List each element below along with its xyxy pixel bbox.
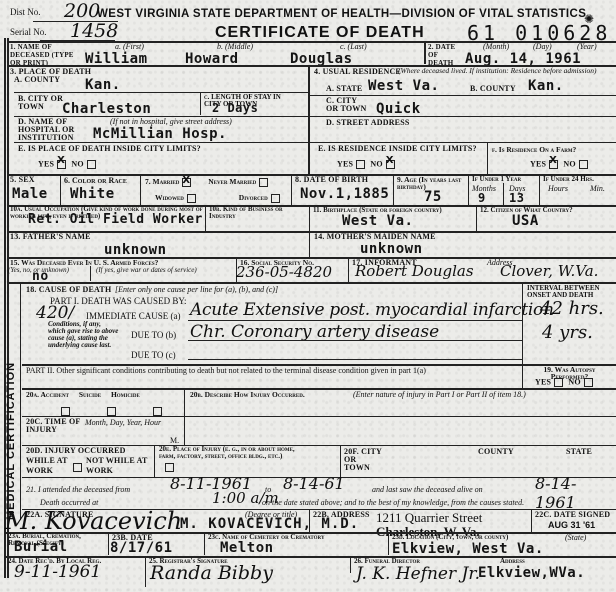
race-label: 6. Color or Race xyxy=(64,176,127,185)
rule xyxy=(8,41,616,43)
days: 13 xyxy=(509,191,524,205)
date-signed-label: 22c. DATE SIGNED xyxy=(535,511,610,519)
injury-type-label: 20a. xyxy=(26,390,39,399)
rule xyxy=(140,175,141,205)
res-city-label: c. CITY OR TOWN xyxy=(326,97,371,113)
rule xyxy=(350,557,351,573)
serial-no: 1458 xyxy=(70,20,118,42)
never-married-checkbox[interactable] xyxy=(259,178,268,187)
describe-injury-hint: (Enter nature of injury in Part I or Par… xyxy=(353,390,526,399)
hospital-label: d. NAME OF HOSPITAL OR INSTITUTION xyxy=(18,118,98,142)
date-of-birth: Nov.1,1885 xyxy=(300,186,389,202)
res-county-label: b. COUNTY xyxy=(470,85,516,93)
hospital: McMillian Hosp. xyxy=(93,126,227,142)
date-received: 9-11-1961 xyxy=(14,562,101,582)
not-while-at-work-label: NOT WHILE AT WORK xyxy=(86,456,148,476)
rule xyxy=(476,206,477,231)
rule xyxy=(424,42,426,64)
informant-address: Clover, W.Va. xyxy=(500,262,598,280)
dob-label: 8. DATE OF BIRTH xyxy=(295,176,368,184)
due-to-b: Chr. Coronary artery disease xyxy=(190,322,439,342)
rule xyxy=(8,231,616,233)
yes-checkbox[interactable] xyxy=(554,378,563,387)
attended-label: 21. I attended the deceased from xyxy=(26,485,130,494)
rule xyxy=(20,283,21,520)
accident-checkbox[interactable] xyxy=(61,407,70,416)
not-while-at-work-checkbox[interactable] xyxy=(165,463,174,472)
marital-options-2: Widowed Divorced xyxy=(155,193,283,203)
father-label: 13. FATHER'S NAME xyxy=(10,233,91,241)
burial-date: 8/17/61 xyxy=(110,540,173,556)
rule xyxy=(309,232,310,257)
rule xyxy=(14,142,308,143)
pod-city-limits-label: e. IS PLACE OF DEATH INSIDE CITY LIMITS? xyxy=(18,145,201,153)
rule xyxy=(291,175,292,205)
res-county: Kan. xyxy=(528,78,564,94)
interval-b: 4 yrs. xyxy=(542,322,593,343)
no-checkbox[interactable] xyxy=(584,378,593,387)
yes-checkbox[interactable] xyxy=(356,160,365,169)
am-pm-label: M. xyxy=(170,436,179,445)
name-label: 1. NAME OF DECEASED (Type or print) xyxy=(10,43,82,67)
rule xyxy=(531,510,532,532)
occupation: Ret. Oil Field Worker xyxy=(28,212,203,227)
birthplace: West Va. xyxy=(342,213,413,229)
marital-options: 7. Married Never Married xyxy=(145,177,271,187)
months: 9 xyxy=(478,191,486,205)
funeral-address-label: Address xyxy=(500,557,525,565)
injury-state-label: STATE xyxy=(566,448,592,456)
rule xyxy=(310,116,616,117)
death-certificate: Dist No. 200 Serial No. 1458 WEST VIRGIN… xyxy=(0,0,616,592)
residence-hint: (Where deceased lived. If institution: R… xyxy=(398,67,613,75)
yes-label: YES xyxy=(337,159,353,168)
funeral-director-signature: J. K. Hefner Jr. xyxy=(356,564,480,584)
rule xyxy=(188,359,522,360)
accident-label: Accident xyxy=(40,390,68,399)
street-label: d. STREET ADDRESS xyxy=(326,119,410,127)
rule xyxy=(388,533,389,555)
age-label: 9. Age (In years last birthday) xyxy=(397,176,465,190)
under-24-hrs-label: If Under 24 Hrs. xyxy=(543,175,594,183)
yes-checkbox[interactable] xyxy=(57,160,66,169)
married-label: 7. Married xyxy=(145,177,179,186)
physician-address-label: 22b. ADDRESS xyxy=(313,511,370,519)
sex-label: 5. SEX xyxy=(10,176,35,184)
social-security-number: 236-05-4820 xyxy=(236,263,332,281)
pod-county-label: a. COUNTY xyxy=(14,76,60,84)
rule xyxy=(487,143,488,174)
rule xyxy=(340,446,341,477)
mother-label: 14. MOTHER'S MAIDEN NAME xyxy=(314,233,436,241)
rule xyxy=(22,416,616,417)
rule xyxy=(309,510,310,532)
attended-to: 8-14-61 xyxy=(283,474,345,493)
farm-options: YES NO xyxy=(530,160,591,169)
rule xyxy=(108,533,109,555)
res-city-limits-options: YES NO xyxy=(337,160,398,169)
dist-no-label: Dist No. xyxy=(10,7,41,17)
rule xyxy=(184,417,185,445)
res-city-limits-label: e. IS RESIDENCE INSIDE CITY LIMITS? xyxy=(318,145,477,153)
rule xyxy=(188,340,522,341)
no-label: NO xyxy=(568,377,580,386)
informant-name: Robert Douglas xyxy=(355,262,474,280)
year-label: (Year) xyxy=(577,42,597,51)
rule xyxy=(310,142,616,143)
rule xyxy=(308,66,310,174)
rule xyxy=(200,93,201,115)
hours-label: Hours xyxy=(548,184,568,193)
rule xyxy=(205,206,206,231)
citizen: USA xyxy=(512,213,539,229)
widowed-checkbox[interactable] xyxy=(187,194,196,203)
rule xyxy=(60,175,61,205)
rule xyxy=(309,206,310,231)
military-hint-2: (If yes, give war or dates of service) xyxy=(96,266,197,274)
no-label: NO xyxy=(71,159,83,168)
date-of-death-label: 2. DATE OF DEATH xyxy=(428,43,462,67)
married-checkbox[interactable] xyxy=(182,178,191,187)
no-label: NO xyxy=(563,159,575,168)
under-1-year-label: If Under 1 Year xyxy=(472,175,521,183)
describe-injury-label: 20b. Describe How Injury Occurred. xyxy=(190,390,305,399)
no-checkbox[interactable] xyxy=(87,160,96,169)
rule xyxy=(348,258,349,282)
divorced-label: Divorced xyxy=(239,193,268,202)
date-signed: AUG 31 '61 xyxy=(548,520,595,530)
last-seen-alive: 8-14-1961 xyxy=(535,474,616,512)
name-label-text: 1. NAME OF DECEASED (Type or print) xyxy=(10,43,74,67)
injury-type-row: 20a. Accident Suicide Homicide xyxy=(26,390,140,399)
cause-label: 18. CAUSE OF DEATH xyxy=(26,286,111,294)
pod-city-label: b. CITY OR TOWN xyxy=(18,95,68,111)
rule xyxy=(468,175,469,205)
cause-hint: [Enter only one cause per line for (a), … xyxy=(115,285,278,294)
injury-county-label: COUNTY xyxy=(478,448,514,456)
funeral-address: Elkview,WVa. xyxy=(478,565,585,581)
certificate-title: CERTIFICATE OF DEATH xyxy=(215,24,425,42)
widowed-label: Widowed xyxy=(155,193,184,202)
rule xyxy=(539,175,540,205)
no-checkbox[interactable] xyxy=(386,160,395,169)
burial-location: Elkview, West Va. xyxy=(392,541,544,557)
day-label: (Day) xyxy=(533,42,552,51)
time-of-injury-hint: Month, Day, Year, Hour xyxy=(85,418,161,427)
res-city: Quick xyxy=(376,101,421,117)
divorced-checkbox[interactable] xyxy=(271,194,280,203)
autopsy-options: YES NO xyxy=(535,378,596,387)
sex: Male xyxy=(12,186,48,202)
homicide-label: Homicide xyxy=(111,390,140,399)
homicide-checkbox[interactable] xyxy=(153,407,162,416)
time-of-injury-label: 20c. TIME OF INJURY xyxy=(26,418,81,434)
immediate-cause: Acute Extensive post. myocardial infarct… xyxy=(190,300,554,320)
residence-label: 4. USUAL RESIDENCE xyxy=(314,68,401,76)
first-label: a. (First) xyxy=(115,42,144,51)
serial-no-label: Serial No. xyxy=(10,27,47,37)
race: White xyxy=(70,186,115,202)
interval-label: INTERVAL BETWEEN ONSET AND DEATH xyxy=(527,285,612,299)
age: 75 xyxy=(424,189,442,205)
business-label: 10b. Kind of Business or Industry xyxy=(209,206,304,220)
yes-label: YES xyxy=(530,159,546,168)
middle-label: b. (Middle) xyxy=(217,42,253,51)
interval-a: 42 hrs. xyxy=(540,298,604,319)
location-state-hint: (State) xyxy=(565,533,586,542)
res-state-label: a. STATE xyxy=(326,85,362,93)
pod-city: Charleston xyxy=(62,101,151,117)
due-to-b-label: DUE TO (b) xyxy=(131,330,176,340)
death-occurred-label: Death occurred at xyxy=(40,498,98,507)
medical-certification-label: MEDICAL CERTIFICATION xyxy=(5,362,17,520)
suicide-label: Suicide xyxy=(79,390,101,399)
farm-label: f. Is Residence On a Farm? xyxy=(492,145,576,154)
mother-name: unknown xyxy=(360,241,423,257)
rule xyxy=(503,183,504,205)
suicide-checkbox[interactable] xyxy=(107,407,116,416)
rule xyxy=(204,533,205,555)
rule xyxy=(90,266,91,281)
no-checkbox[interactable] xyxy=(579,160,588,169)
yes-label: YES xyxy=(535,377,551,386)
res-state: West Va. xyxy=(368,78,439,94)
burial-type: Burial xyxy=(14,539,68,555)
due-to-c-label: DUE TO (c) xyxy=(131,350,176,360)
location-label: 23d. Location (City, town, or county) xyxy=(392,533,508,541)
yes-checkbox[interactable] xyxy=(549,160,558,169)
place-of-injury-label: 20e. Place of Injury (e. g., in or about… xyxy=(159,446,309,460)
physician-signature: M. Kovacevich xyxy=(5,507,182,535)
department-header: WEST VIRGINIA STATE DEPARTMENT OF HEALTH… xyxy=(97,8,586,20)
rule xyxy=(522,283,523,388)
last-seen-label: and last saw the deceased alive on xyxy=(372,485,483,494)
rule xyxy=(8,282,616,284)
never-married-label: Never Married xyxy=(208,177,256,186)
father-name: unknown xyxy=(104,242,167,258)
death-occurred-statement: on the date stated above; and to the bes… xyxy=(262,498,524,507)
hospital-hint: (If not in hospital, give street address… xyxy=(110,117,232,126)
rule xyxy=(188,320,522,321)
min-label: Min. xyxy=(590,184,605,193)
pod-county: Kan. xyxy=(85,77,121,93)
seal-icon: ✺ xyxy=(584,12,594,27)
dist-no: 200 xyxy=(64,0,100,22)
injury-city-label: 20f. CITY OR TOWN xyxy=(344,448,384,472)
injury-occurred-label: 20d. INJURY OCCURRED xyxy=(26,447,126,455)
registrar-signature: Randa Bibby xyxy=(150,562,273,584)
while-at-work-checkbox[interactable] xyxy=(73,463,82,472)
no-label: NO xyxy=(370,159,382,168)
pod-city-limits-options: YES NO xyxy=(38,160,99,169)
rule xyxy=(393,175,394,205)
conditions-hint: Conditions, if any, which gave rise to a… xyxy=(48,321,120,349)
cemetery-name: Melton xyxy=(220,540,274,556)
last-label: c. (Last) xyxy=(340,42,367,51)
month-label: (Month) xyxy=(483,42,509,51)
rule xyxy=(145,557,146,587)
yes-label: YES xyxy=(38,159,54,168)
rule xyxy=(154,446,155,477)
length-of-stay: 2 Days xyxy=(212,101,258,115)
part2-label: PART II. Other significant conditions co… xyxy=(26,366,426,375)
